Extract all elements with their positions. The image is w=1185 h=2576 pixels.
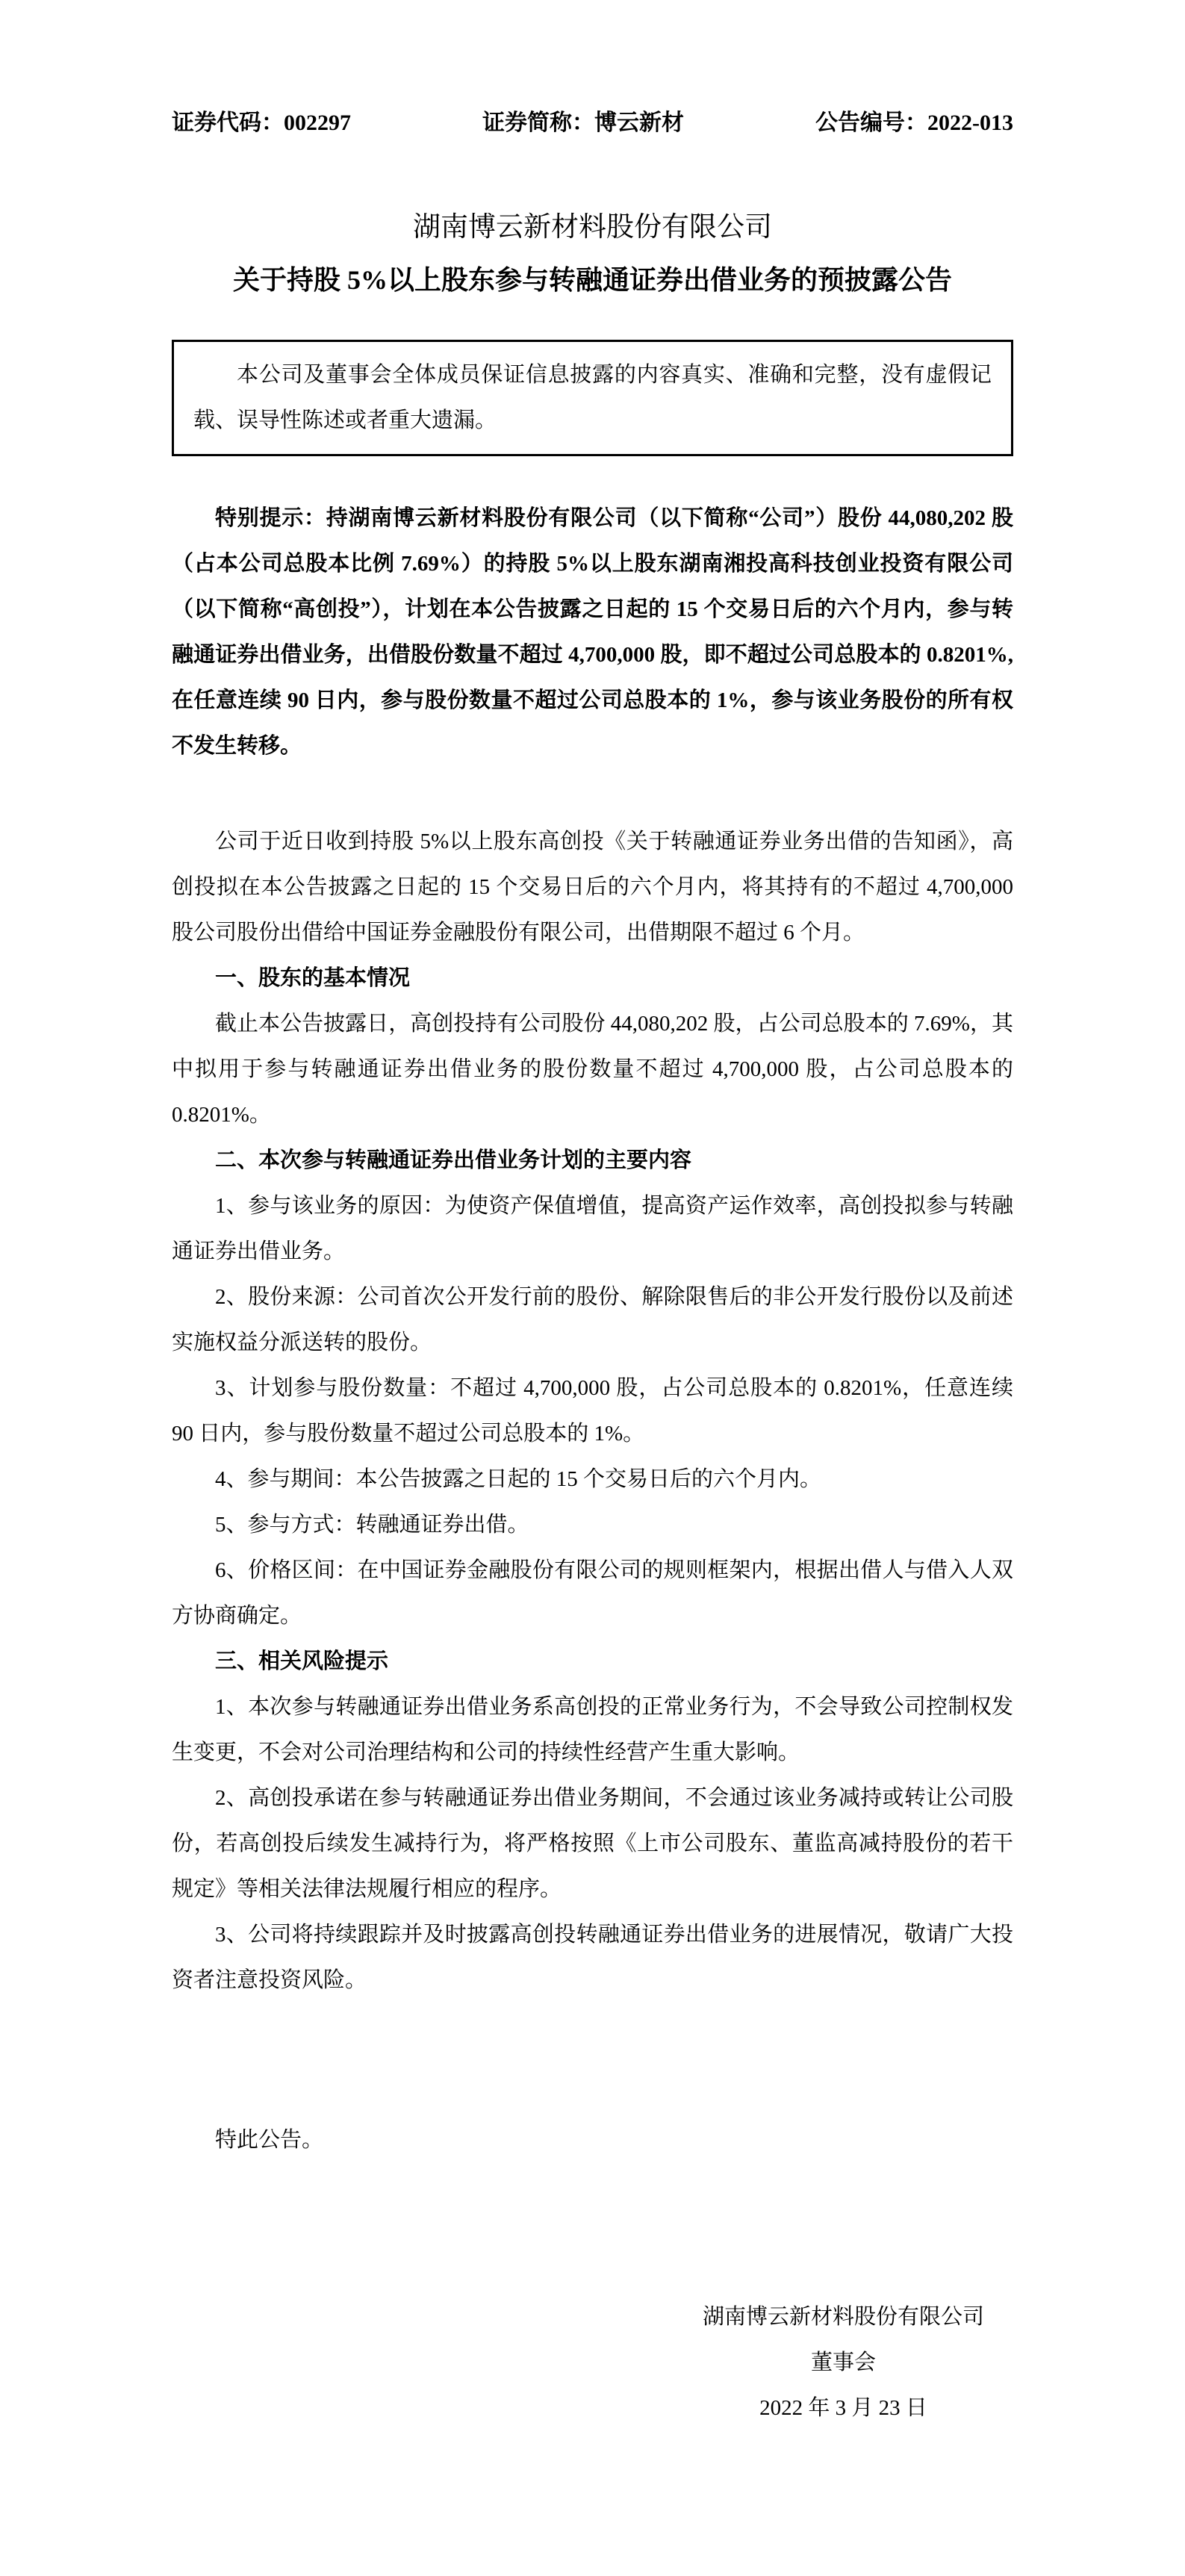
announcement-number-label: 公告编号：2022-013 [815, 106, 1013, 140]
announcement-subject-title: 关于持股 5%以上股东参与转融通证券出借业务的预披露公告 [172, 261, 1013, 299]
section-3-item-1: 1、本次参与转融通证券出借业务系高创投的正常业务行为，不会导致公司控制权发生变更… [172, 1684, 1013, 1776]
company-title: 湖南博云新材料股份有限公司 [172, 209, 1013, 246]
section-3-item-2: 2、高创投承诺在参与转融通证券出借业务期间，不会通过该业务减持或转让公司股份，若… [172, 1776, 1013, 1912]
section-2-item-3: 3、计划参与股份数量：不超过 4,700,000 股，占公司总股本的 0.820… [172, 1366, 1013, 1457]
section-2-item-2: 2、股份来源：公司首次公开发行前的股份、解除限售后的非公开发行股份以及前述实施权… [172, 1275, 1013, 1366]
section-2-item-5: 5、参与方式：转融通证券出借。 [172, 1502, 1013, 1548]
stock-name-label: 证券简称：博云新材 [482, 106, 684, 140]
signature-board: 董事会 [703, 2340, 984, 2386]
section-2-item-4: 4、参与期间：本公告披露之日起的 15 个交易日后的六个月内。 [172, 1457, 1013, 1502]
board-disclaimer-text: 本公司及董事会全体成员保证信息披露的内容真实、准确和完整，没有虚假记载、误导性陈… [193, 363, 992, 432]
intro-paragraph: 公司于近日收到持股 5%以上股东高创投《关于转融通证券业务出借的告知函》，高创投… [172, 819, 1013, 956]
section-1-paragraph-1: 截止本公告披露日，高创投持有公司股份 44,080,202 股，占公司总股本的 … [172, 1001, 1013, 1138]
board-disclaimer-box: 本公司及董事会全体成员保证信息披露的内容真实、准确和完整，没有虚假记载、误导性陈… [172, 340, 1013, 456]
securities-header-row: 证券代码：002297 证券简称：博云新材 公告编号：2022-013 [172, 106, 1013, 140]
signature-block: 湖南博云新材料股份有限公司 董事会 2022 年 3 月 23 日 [703, 2295, 984, 2431]
section-2-item-6: 6、价格区间：在中国证券金融股份有限公司的规则框架内，根据出借人与借入人双方协商… [172, 1548, 1013, 1639]
section-2-item-1: 1、参与该业务的原因：为使资产保值增值，提高资产运作效率，高创投拟参与转融通证券… [172, 1183, 1013, 1275]
signature-company: 湖南博云新材料股份有限公司 [703, 2295, 984, 2340]
signature-date: 2022 年 3 月 23 日 [703, 2386, 984, 2431]
stock-code-label: 证券代码：002297 [172, 106, 351, 140]
closing-line: 特此公告。 [172, 2118, 1013, 2163]
document-body: 特别提示：持湖南博云新材料股份有限公司（以下简称“公司”）股份 44,080,2… [172, 496, 1013, 2163]
section-1-heading: 一、股东的基本情况 [172, 956, 1013, 1001]
section-2-heading: 二、本次参与转融通证券出借业务计划的主要内容 [172, 1138, 1013, 1183]
section-3-heading: 三、相关风险提示 [172, 1639, 1013, 1684]
section-3-item-3: 3、公司将持续跟踪并及时披露高创投转融通证券出借业务的进展情况，敬请广大投资者注… [172, 1912, 1013, 2003]
special-notice-paragraph: 特别提示：持湖南博云新材料股份有限公司（以下简称“公司”）股份 44,080,2… [172, 496, 1013, 769]
announcement-document: 证券代码：002297 证券简称：博云新材 公告编号：2022-013 湖南博云… [0, 0, 1185, 2576]
